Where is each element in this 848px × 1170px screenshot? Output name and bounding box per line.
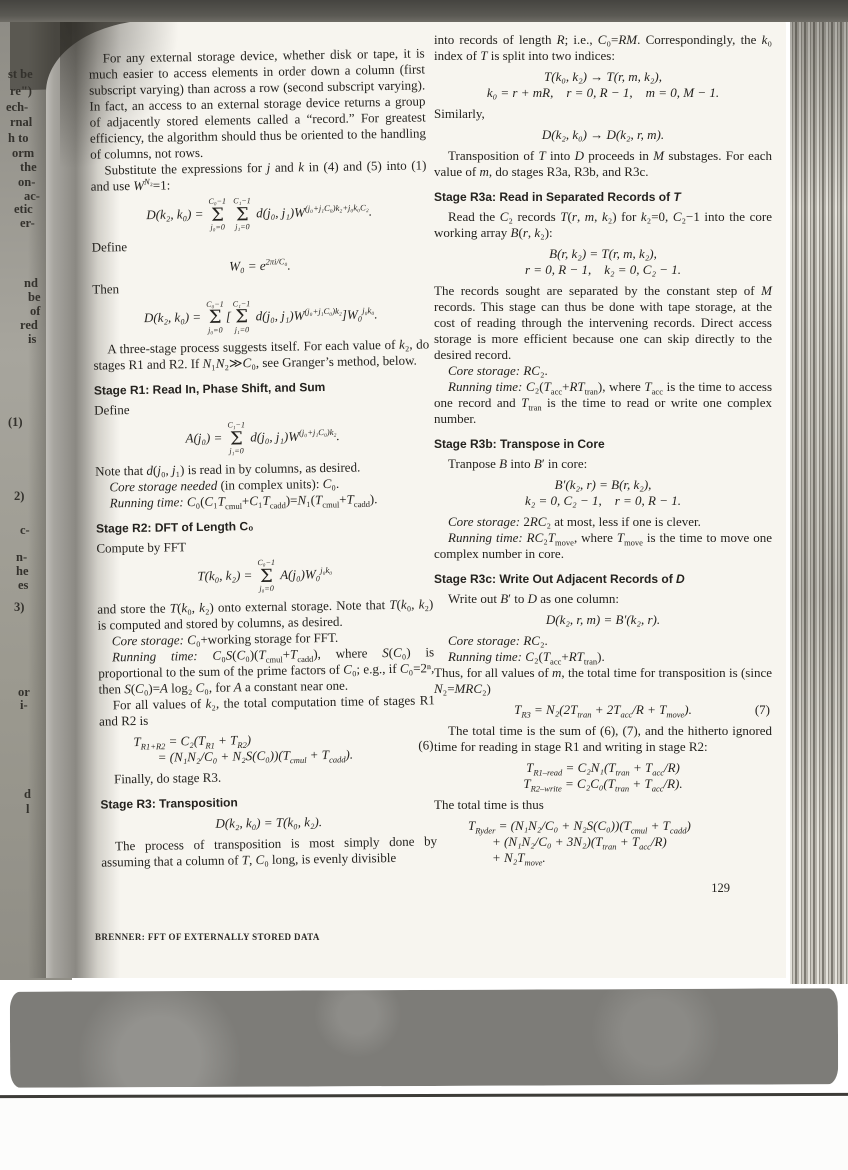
margin-fragment: on- [18,176,35,189]
margin-fragment: er- [20,217,35,230]
margin-fragment: be [28,291,41,304]
running-footer: BRENNER: FFT OF EXTERNALLY STORED DATA [95,932,320,942]
margin-fragment: 2) [14,490,24,503]
equation-line: B′(k₂, r) = B(r, k₂), [434,477,772,493]
equation: D(k₂, k₀) = T(k₀, k₂). [101,812,437,833]
equation: D(k₂, k₀) = C₀−1Σj₀=0 C₁−1Σj₁=0 d(j₀, j₁… [91,194,428,234]
summation-sign: C₁−1Σj₁=0 [233,300,251,335]
paragraph: Read the C₂ records T(r, m, k₂) for k₂=0… [434,209,772,241]
paragraph: Running time: C₂(Tacc+RTtran), where Tac… [434,379,772,427]
equation-number: (6) [418,737,433,753]
paragraph: The process of transposition is most sim… [101,833,437,870]
paragraph: Core storage: RC₂. [434,363,772,379]
equation: B(r, k₂) = T(r, m, k₂),r = 0, R − 1, k₂ … [434,246,772,278]
scan-bottom-band [10,988,838,1088]
paragraph: The total time is thus [434,797,772,813]
paragraph: The records sought are separated by the … [434,283,772,363]
scanned-paper-page: st bere")ech-rnalh toormtheon-ac-eticer-… [0,0,848,1170]
left-column: For any external storage device, whether… [89,45,438,870]
paragraph: Core storage: RC₂. [434,633,772,649]
equation-line: A(j₀) = C₁−1Σj₁=0 d(j₀, j₁)W(j₀+j₁C₀)k₂. [94,419,431,459]
summation-sign: C₁−1Σj₁=0 [227,422,245,457]
equation: W₀ = e2πi/C₀. [92,255,428,276]
margin-fragment: i- [20,699,28,712]
margin-fragment: n- [16,551,27,564]
equation-line: TR3 = N₂(2Ttran + 2Tacc/R + Tmove). [434,702,772,718]
right-column: into records of length R; i.e., C₀=RM. C… [434,32,772,896]
paragraph: and store the T(k₀, k₂) onto external st… [97,596,433,633]
equation-line: TR2–write = C₂C₀(Ttran + Tacc/R). [434,776,772,792]
equation-line: k₂ = 0, C₂ − 1, r = 0, R − 1. [434,493,772,509]
paragraph: For any external storage device, whether… [89,45,427,162]
paragraph: Then [92,276,428,297]
stage-heading: Stage R3b: Transpose in Core [434,436,772,452]
equation-line: TR1–read = C₂N₁(Ttran + Tacc/R) [434,760,772,776]
stage-heading: Stage R3a: Read in Separated Records of … [434,189,772,205]
equation: D(k₂, k₀) = C₀−1Σj₀=0[C₁−1Σj₁=0 d(j₀, j₁… [93,297,430,337]
margin-fragment: re") [10,85,32,98]
summation-sign: C₀−1Σj₀=0 [206,300,224,335]
equation-line: D(k₂, r, m) = B′(k₂, r). [434,612,772,628]
equation: TRyder = (N₁N₂/C₀ + N₂S(C₀))(Tcmul + Tca… [434,818,772,866]
stage-heading: Stage R3c: Write Out Adjacent Records of… [434,571,772,587]
equation: T(k₀, k₂) → T(r, m, k₂),k₀ = r + mR, r =… [434,69,772,101]
equation-line: r = 0, R − 1, k₂ = 0, C₂ − 1. [434,262,772,278]
equation-line: W₀ = e2πi/C₀. [92,255,428,276]
paragraph: Running time: C₂(Tacc+RTtran). [434,649,772,665]
paragraph: Transposition of T into D proceeds in M … [434,148,772,180]
stage-heading: Stage R1: Read In, Phase Shift, and Sum [94,378,430,399]
equation-line: D(k₂, k₀) → D(k₂, r, m). [434,127,772,143]
page-number: 129 [434,880,772,896]
equation-line: + N₂Tmove. [434,850,772,866]
summation-sign: C₀−1Σj₀=0 [208,198,226,233]
paragraph: Running time: RC₂Tmove, where Tmove is t… [434,530,772,562]
margin-fragment: of [30,305,40,318]
margin-fragment: 3) [14,601,24,614]
equation-line: k₀ = r + mR, r = 0, R − 1, m = 0, M − 1. [434,85,772,101]
equation-number: (7) [755,702,770,718]
margin-fragment: the [20,161,37,174]
paragraph: Core storage: 2RC₂ at most, less if one … [434,514,772,530]
paragraph: into records of length R; i.e., C₀=RM. C… [434,32,772,64]
summation-sign: C₁−1Σj₁=0 [233,197,251,232]
margin-fragment: red [20,319,38,332]
margin-fragment: l [26,803,29,816]
equation-line: D(k₂, k₀) = T(k₀, k₂). [101,812,437,833]
equation-line: + (N₁N₂/C₀ + 3N₂)(Ttran + Tacc/R) [434,834,772,850]
equation-line: T(k₀, k₂) → T(r, m, k₂), [434,69,772,85]
paragraph: Compute by FFT [96,535,432,556]
paragraph: Finally, do stage R3. [100,766,436,787]
equation: A(j₀) = C₁−1Σj₁=0 d(j₀, j₁)W(j₀+j₁C₀)k₂. [94,419,431,459]
equation: B′(k₂, r) = B(r, k₂),k₂ = 0, C₂ − 1, r =… [434,477,772,509]
equation: T(k₀, k₂) = C₀−1Σj₀=0 A(j₀)W₀j₀k₀ [97,556,434,596]
equation: TR1+R2 = C₂(TR1 + TR2)= (N₁N₂/C₀ + N₂S(C… [99,729,435,766]
margin-fragment: ac- [24,190,40,203]
margin-fragment: (1) [8,416,23,429]
stage-heading: Stage R3: Transposition [100,791,436,812]
equation: D(k₂, r, m) = B′(k₂, r). [434,612,772,628]
paragraph: Running time: C₀S(C₀)(Tcmul+Tcadd), wher… [98,644,435,697]
scan-bottom-strip [0,1097,848,1170]
margin-fragment: ech- [6,101,28,114]
paragraph: Similarly, [434,106,772,122]
stage-heading: Stage R2: DFT of Length C₀ [96,515,432,536]
equation-line: D(k₂, k₀) = C₀−1Σj₀=0[C₁−1Σj₁=0 d(j₀, j₁… [93,297,430,337]
paragraph: Define [94,398,430,419]
margin-fragment: st be [8,68,33,81]
paragraph: Write out B′ to D as one column: [434,591,772,607]
paragraph: For all values of k₂, the total computat… [99,692,435,729]
equation-line: B(r, k₂) = T(r, m, k₂), [434,246,772,262]
equation: TR1–read = C₂N₁(Ttran + Tacc/R)TR2–write… [434,760,772,792]
paragraph: Define [92,234,428,255]
margin-fragment: c- [20,524,30,537]
margin-fragment: rnal [10,116,32,129]
margin-fragment: es [18,579,28,592]
margin-fragment: h to [8,132,29,145]
paragraph: A three-stage process suggests itself. F… [93,337,429,374]
paragraph: The total time is the sum of (6), (7), a… [434,723,772,755]
equation-line: TRyder = (N₁N₂/C₀ + N₂S(C₀))(Tcmul + Tca… [434,818,772,834]
margin-fragment: or [18,686,30,699]
paragraph: Tranpose B into B′ in core: [434,456,772,472]
margin-fragment: nd [24,277,38,290]
margin-fragment: d [24,788,31,801]
paragraph: Thus, for all values of m, the total tim… [434,665,772,697]
equation: TR3 = N₂(2Ttran + 2Tacc/R + Tmove).(7) [434,702,772,718]
summation-sign: C₀−1Σj₀=0 [257,559,275,594]
equation-line: T(k₀, k₂) = C₀−1Σj₀=0 A(j₀)W₀j₀k₀ [97,556,434,596]
margin-fragment: he [16,565,29,578]
margin-fragment: orm [12,147,34,160]
book-fore-edge [790,14,848,984]
equation: D(k₂, k₀) → D(k₂, r, m). [434,127,772,143]
scan-top-band [0,0,848,22]
margin-fragment: etic [14,203,33,216]
equation-line: D(k₂, k₀) = C₀−1Σj₀=0 C₁−1Σj₁=0 d(j₀, j₁… [91,194,428,234]
paragraph: Substitute the expressions for j and k i… [90,157,426,194]
margin-fragment: is [28,333,36,346]
